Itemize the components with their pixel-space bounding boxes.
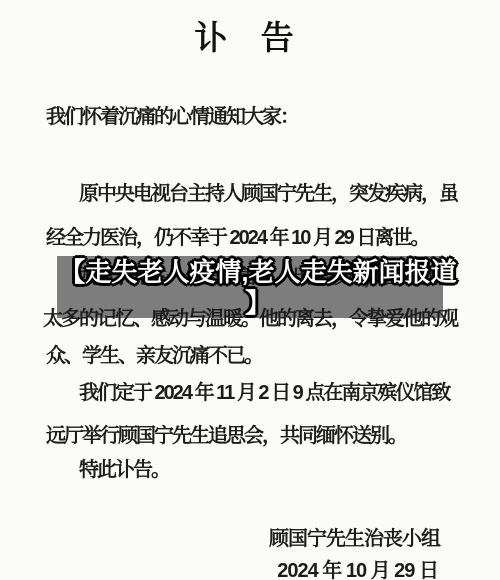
signature-date: 2024 年 10 月 29 日: [277, 554, 438, 580]
news-headline-watermark: 【走失老人疫情,老人走失新闻报道 】: [38, 257, 478, 319]
news-headline-watermark-line2: 】: [38, 288, 478, 319]
obituary-document: 讣 告 我们怀着沉痛的心情通知大家： 原中央电视台主持人顾国宁先生，突发疾病，虽…: [0, 0, 500, 580]
notice-title: 讣 告: [0, 12, 500, 59]
notice-line: 经全力医治，仍不幸于 2024 年 10 月 29 日离世。: [46, 221, 428, 250]
news-headline-watermark-line1: 【走失老人疫情,老人走失新闻报道: [38, 257, 478, 288]
notice-line: 原中央电视台主持人顾国宁先生，突发疾病，虽: [79, 177, 457, 206]
signature-group: 顾国宁先生治丧小组: [269, 522, 440, 551]
notice-line: 众、学生、亲友沉痛不已。: [46, 339, 262, 368]
notice-line: 我们定于 2024 年 11 月 2 日 9 点在南京殡仪馆致: [79, 376, 449, 405]
notice-line: 远厅举行顾国宁先生追思会，共同缅怀送别。: [46, 419, 406, 448]
notice-salutation-line: 我们怀着沉痛的心情通知大家：: [46, 100, 298, 129]
notice-closing-line: 特此讣告。: [79, 453, 169, 482]
